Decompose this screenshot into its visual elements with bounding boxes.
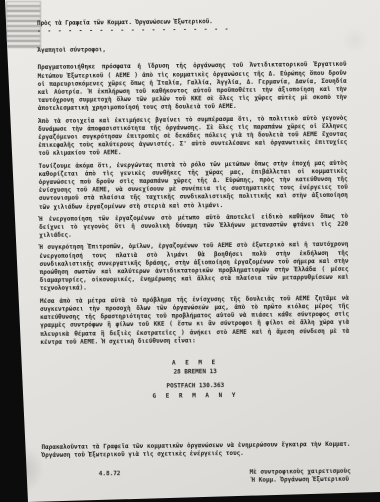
signature-block: Μὲ συντροφικοὺς χαιρετισμοὺς Ἡ Κομμ. Ὀργ… — [250, 468, 351, 484]
paragraph-2: Ἀπὸ τὰ στοιχεῖα καὶ ἐκτιμήσεις βγαίνει τ… — [38, 114, 347, 158]
archive-stamp — [7, 2, 40, 47]
paragraph-1: Πραγματοποιήθηκε πρόσφατα ἡ ἵδρυση τῆς ὀ… — [37, 61, 346, 113]
heading-underline: - - - - - - - - - - - - - - - - - - - - … — [37, 27, 232, 35]
closing-paragraph: Παρακαλοῦνται τὰ Γραφεῖα τῶν κομματικῶν … — [41, 440, 350, 460]
salutation: Ἀγαπητοὶ σύντροφοι, — [37, 44, 346, 55]
letter-heading: Πρὸς τὰ Γραφεῖα τῶν Κομματ. Ὀργανώσεων Ἐ… — [37, 17, 346, 28]
letter-body: Πρὸς τὰ Γραφεῖα τῶν Κομματ. Ὀργανώσεων Ἐ… — [37, 17, 351, 486]
document-page: Πρὸς τὰ Γραφεῖα τῶν Κομματ. Ὀργανώσεων Ἐ… — [0, 0, 380, 502]
paragraph-3: Τονίζουμε ἀκόμα ὅτι, ἐνεργώντας πιστὰ τὸ… — [38, 159, 347, 211]
signature-line-2: Ἡ Κομμ. Ὀργάνωση Ἐξωτερικοῦ — [250, 475, 351, 483]
paragraph-6: Μέσα ἀπὸ τὰ μέτρα αὐτὰ τὸ πρόβλημα τῆς ἐ… — [40, 294, 349, 346]
letter-date: 4.8.72 — [99, 470, 121, 478]
scanned-document: Πρὸς τὰ Γραφεῖα τῶν Κομματ. Ὀργανώσεων Ἐ… — [0, 0, 380, 502]
address-city: 28 BREMEN 13 — [41, 366, 350, 378]
address-country: G E R M A N Y — [41, 389, 350, 401]
paragraph-5: Ἡ συγκρότηση Ἐπιτροπῶν, ὁμίλων, ἐργαζομέ… — [39, 241, 348, 293]
paragraph-4: Ἡ ἐνεργοποίηση τῶν ἐργαζομένων στὸ μέτωπ… — [39, 213, 348, 241]
address-block: Α Ε Μ Ε 28 BREMEN 13 POSTFACH 130.363 G … — [41, 357, 350, 402]
letter-footer: 4.8.72 Μὲ συντροφικοὺς χαιρετισμοὺς Ἡ Κο… — [42, 468, 351, 486]
